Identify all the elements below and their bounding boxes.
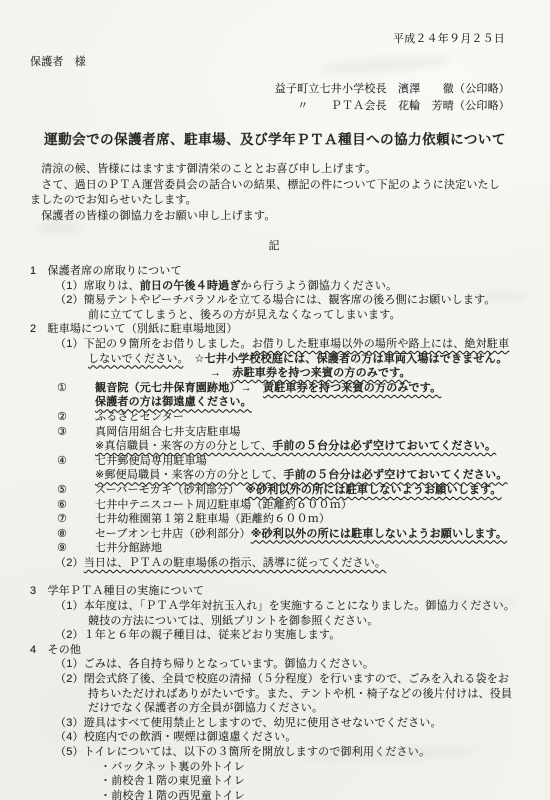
sender-line-principal: 益子町立七井小学校長 濱澤 徹（公印略） [0, 81, 510, 98]
doc-line: しないでください。 ☆七井小学校校庭には、保護者の方は車両入場はできません。 [30, 352, 550, 367]
text-segment: だけでなく保護者の方全員が御協力ください。 [88, 702, 323, 714]
text-segment: ※真信職員・来客の方の分として、 [95, 440, 272, 452]
text-segment: （3）遊具はすべて使用禁止としますので、幼児に使用させないでください。 [55, 717, 442, 729]
doc-line: 競技の方法については、別紙プリントを御参照ください。 [30, 614, 550, 629]
circled-number: ③ [57, 425, 95, 440]
doc-line: ※郵便局職員・来客の方の分として、手前の５台分は必ず空けておいてください。 [30, 468, 550, 483]
text-segment: 4 その他 [30, 644, 81, 656]
date-line: 平成２４年９月２５日 [0, 0, 550, 46]
circled-number: ⑧ [57, 527, 95, 542]
text-segment: （2） [55, 557, 84, 569]
text-segment: ※郵便局職員・来客の方の分として、 [95, 469, 283, 481]
text-segment: 黄駐車券を持つ来賓の方のみです。 [263, 382, 441, 394]
record-heading: 記 [0, 237, 550, 253]
text-segment: しないでください。 [88, 353, 183, 365]
text-segment: 赤駐車券を持つ来賓の方のみです。 [232, 367, 410, 379]
sender-line-pta-president: 〃 ＰＴＡ会長 花輪 芳晴（公印略） [0, 98, 510, 115]
doc-line: ③真岡信用組合七井支店駐車場 [30, 425, 550, 440]
intro-line: ましたのでお知らせいたします。 [30, 193, 550, 209]
circled-number: ⑦ [57, 512, 95, 527]
document-title: 運動会での保護者席、駐車場、及び学年ＰＴＡ種目への協力依頼について [0, 128, 550, 148]
doc-line: ①観音院（元七井保育園跡地）→ 黄駐車券を持つ来賓の方のみです。 [30, 381, 550, 396]
doc-line: ⑦七井幼稚園第１第２駐車場（距離約６００ｍ） [30, 512, 550, 527]
doc-line: （4）校庭内での飲酒・喫煙は御遠慮ください。 [30, 730, 550, 745]
doc-line: 持ちいただければありがたいです。また、テントや机・椅子などの後片付けは、役員 [30, 687, 550, 702]
recipient-line: 保護者 様 [0, 53, 550, 69]
sender-block: 益子町立七井小学校長 濱澤 徹（公印略） 〃 ＰＴＡ会長 花輪 芳晴（公印略） [0, 81, 550, 115]
text-segment: 七井幼稚園第１第２駐車場（距離約６００ｍ） [95, 513, 330, 525]
text-segment: 1 保護者席の席取りについて [30, 265, 182, 277]
doc-line: （2）簡易テントやビーチパラソルを立てる場合には、観客席の後ろ側にお願いします。 [30, 293, 550, 308]
text-segment: 3 学年ＰＴＡ種目の実施について [30, 585, 204, 597]
text-segment: 持ちいただければありがたいです。また、テントや机・椅子などの後片付けは、役員 [88, 688, 512, 700]
text-segment: 前に立ててしまうと、後ろの方が見えなくなってしまいます。 [88, 309, 401, 321]
text-segment: ※砂利以外の所には駐車しないようお願いします。 [251, 528, 507, 540]
circled-number: ⑤ [57, 483, 95, 498]
text-segment: 競技の方法については、別紙プリントを御参照ください。 [88, 615, 379, 627]
text-segment: 七井郵便局専用駐車場 [95, 455, 207, 467]
text-segment: スーパーモガキ（砂利部分） [95, 484, 245, 496]
doc-line: （1）ごみは、各自持ち帰りとなっています。御協力ください。 [30, 657, 550, 672]
intro-paragraph: 清涼の候、皆様にはますます御清栄のこととお喜び申し上げます。 さて、過日のＰＴＡ… [0, 162, 550, 224]
circled-number: ② [57, 410, 95, 425]
doc-line: 1 保護者席の席取りについて [30, 264, 550, 279]
text-segment: セーブオン七井店（砂利部分） [95, 528, 251, 540]
document-body: 1 保護者席の席取りについて（1）席取りは、前日の午後４時過ぎから行うよう御協力… [0, 264, 550, 800]
text-segment: （1）ごみは、各自持ち帰りとなっています。御協力ください。 [55, 658, 374, 670]
doc-line: （1）本年度は、「ＰＴＡ学年対抗玉入れ」を実施することになりました。御協力くださ… [30, 599, 550, 614]
doc-line: 3 学年ＰＴＡ種目の実施について [30, 584, 550, 599]
doc-line: ⑨七井分館跡地 [30, 541, 550, 556]
doc-line: ⑧セーブオン七井店（砂利部分）※砂利以外の所には駐車しないようお願いします。 [30, 527, 550, 542]
text-segment: 真岡信用組合七井支店駐車場 [95, 426, 241, 438]
text-segment: 七井小学校校庭には、保護者の方は車両入場はできません。 [205, 353, 508, 365]
circled-number: ⑥ [57, 498, 95, 513]
doc-line: （2）１年と６年の親子種目は、従来どおり実施します。 [30, 628, 550, 643]
doc-line: ⑥七井中テニスコート周辺駐車場（距離約６００ｍ） [30, 498, 550, 513]
doc-line: ※真信職員・来客の方の分として、手前の５台分は必ず空けておいてください。 [30, 439, 550, 454]
doc-line: だけでなく保護者の方全員が御協力ください。 [30, 701, 550, 716]
doc-line: → 赤駐車券を持つ来賓の方のみです。 [30, 366, 550, 381]
intro-line: 清涼の候、皆様にはますます御清栄のこととお喜び申し上げます。 [30, 162, 550, 178]
text-segment: （1）下記の９箇所をお借りしました。 [55, 338, 252, 350]
text-segment: 保護者の方は御遠慮ください。 [95, 396, 252, 408]
text-segment: 観音院（元七井保育園跡地）→ [95, 382, 263, 394]
text-segment: 七井分館跡地 [95, 542, 162, 554]
circled-number: ④ [57, 454, 95, 469]
doc-line: （2）当日は、ＰＴＡの駐車場係の指示、誘導に従ってください。 [30, 556, 550, 571]
text-segment: （1）本年度は、「ＰＴＡ学年対抗玉入れ」を実施することになりました。御協力くださ… [55, 600, 515, 612]
text-segment: 当日は、ＰＴＡの駐車場係の指示、誘導に従ってください。 [84, 557, 386, 569]
text-segment: 前日の午後４時過ぎ [140, 280, 241, 292]
doc-line: （1）下記の９箇所をお借りしました。お借りした駐車場以外の場所や路上には、絶対駐… [30, 337, 550, 352]
text-segment: （4）校庭内での飲酒・喫煙は御遠慮ください。 [55, 731, 297, 743]
text-segment: から行うよう御協力ください。 [241, 280, 398, 292]
doc-line: ②ふるさとセンター [30, 410, 550, 425]
doc-line: （1）席取りは、前日の午後４時過ぎから行うよう御協力ください。 [30, 279, 550, 294]
text-segment: （5）トイレについては、以下の３箇所を開放しますので御利用ください。 [55, 746, 430, 758]
text-segment: （2）１年と６年の親子種目は、従来どおり実施します。 [55, 629, 340, 641]
text-segment: （1）席取りは、 [55, 280, 140, 292]
doc-line: 保護者の方は御遠慮ください。 [30, 395, 550, 410]
circled-number: ① [57, 381, 95, 396]
text-segment: 2 駐車場について（別紙に駐車場地図） [30, 323, 238, 335]
text-segment: （2）閉会式終了後、全員で校庭の清掃（５分程度）を行いますので、ごみを入れる袋を… [55, 673, 509, 685]
scanned-letter: 平成２４年９月２５日 保護者 様 益子町立七井小学校長 濱澤 徹（公印略） 〃 … [0, 0, 550, 800]
text-segment: 七井中テニスコート周辺駐車場（距離約６００ｍ） [95, 499, 352, 511]
doc-line: （5）トイレについては、以下の３箇所を開放しますので御利用ください。 [30, 745, 550, 760]
doc-line: 2 駐車場について（別紙に駐車場地図） [30, 322, 550, 337]
doc-line: ・バックネット裏の外トイレ [30, 760, 550, 775]
text-segment: ※砂利以外の所には駐車しないようお願いします。 [245, 484, 501, 496]
doc-line: ⑤スーパーモガキ（砂利部分） ※砂利以外の所には駐車しないようお願いします。 [30, 483, 550, 498]
doc-line: ④七井郵便局専用駐車場 [30, 454, 550, 469]
text-segment: ・前校舎１階の東児童トイレ [100, 775, 245, 787]
text-segment: 手前の５台分は必ず空けておいてください。 [283, 469, 507, 481]
doc-line: （2）閉会式終了後、全員で校庭の清掃（５分程度）を行いますので、ごみを入れる袋を… [30, 672, 550, 687]
doc-line: 前に立ててしまうと、後ろの方が見えなくなってしまいます。 [30, 308, 550, 323]
doc-line: ・前校舎１階の東児童トイレ [30, 774, 550, 789]
doc-line: ・前校舎１階の西児童トイレ [30, 789, 550, 800]
doc-line: （3）遊具はすべて使用禁止としますので、幼児に使用させないでください。 [30, 716, 550, 731]
text-segment: ☆ [183, 353, 204, 365]
text-segment: （2）簡易テントやビーチパラソルを立てる場合には、観客席の後ろ側にお願いします。 [55, 294, 496, 306]
text-segment: お借りした駐車場以外の場所や路上には、絶対駐車 [252, 338, 510, 350]
intro-line: 保護者の皆様の御協力をお願い申し上げます。 [30, 209, 550, 225]
text-segment: ふるさとセンター [95, 411, 184, 423]
intro-line: さて、過日のＰＴＡ運営委員会の話合いの結果、標記の件について下記のように決定いた… [30, 178, 550, 194]
text-segment: 手前の５台分は必ず空けておいてください。 [272, 440, 496, 452]
text-segment: → [210, 367, 232, 379]
doc-line: 4 その他 [30, 643, 550, 658]
text-segment: ・バックネット裏の外トイレ [100, 761, 245, 773]
text-segment: ・前校舎１階の西児童トイレ [100, 790, 245, 800]
circled-number: ⑨ [57, 541, 95, 556]
